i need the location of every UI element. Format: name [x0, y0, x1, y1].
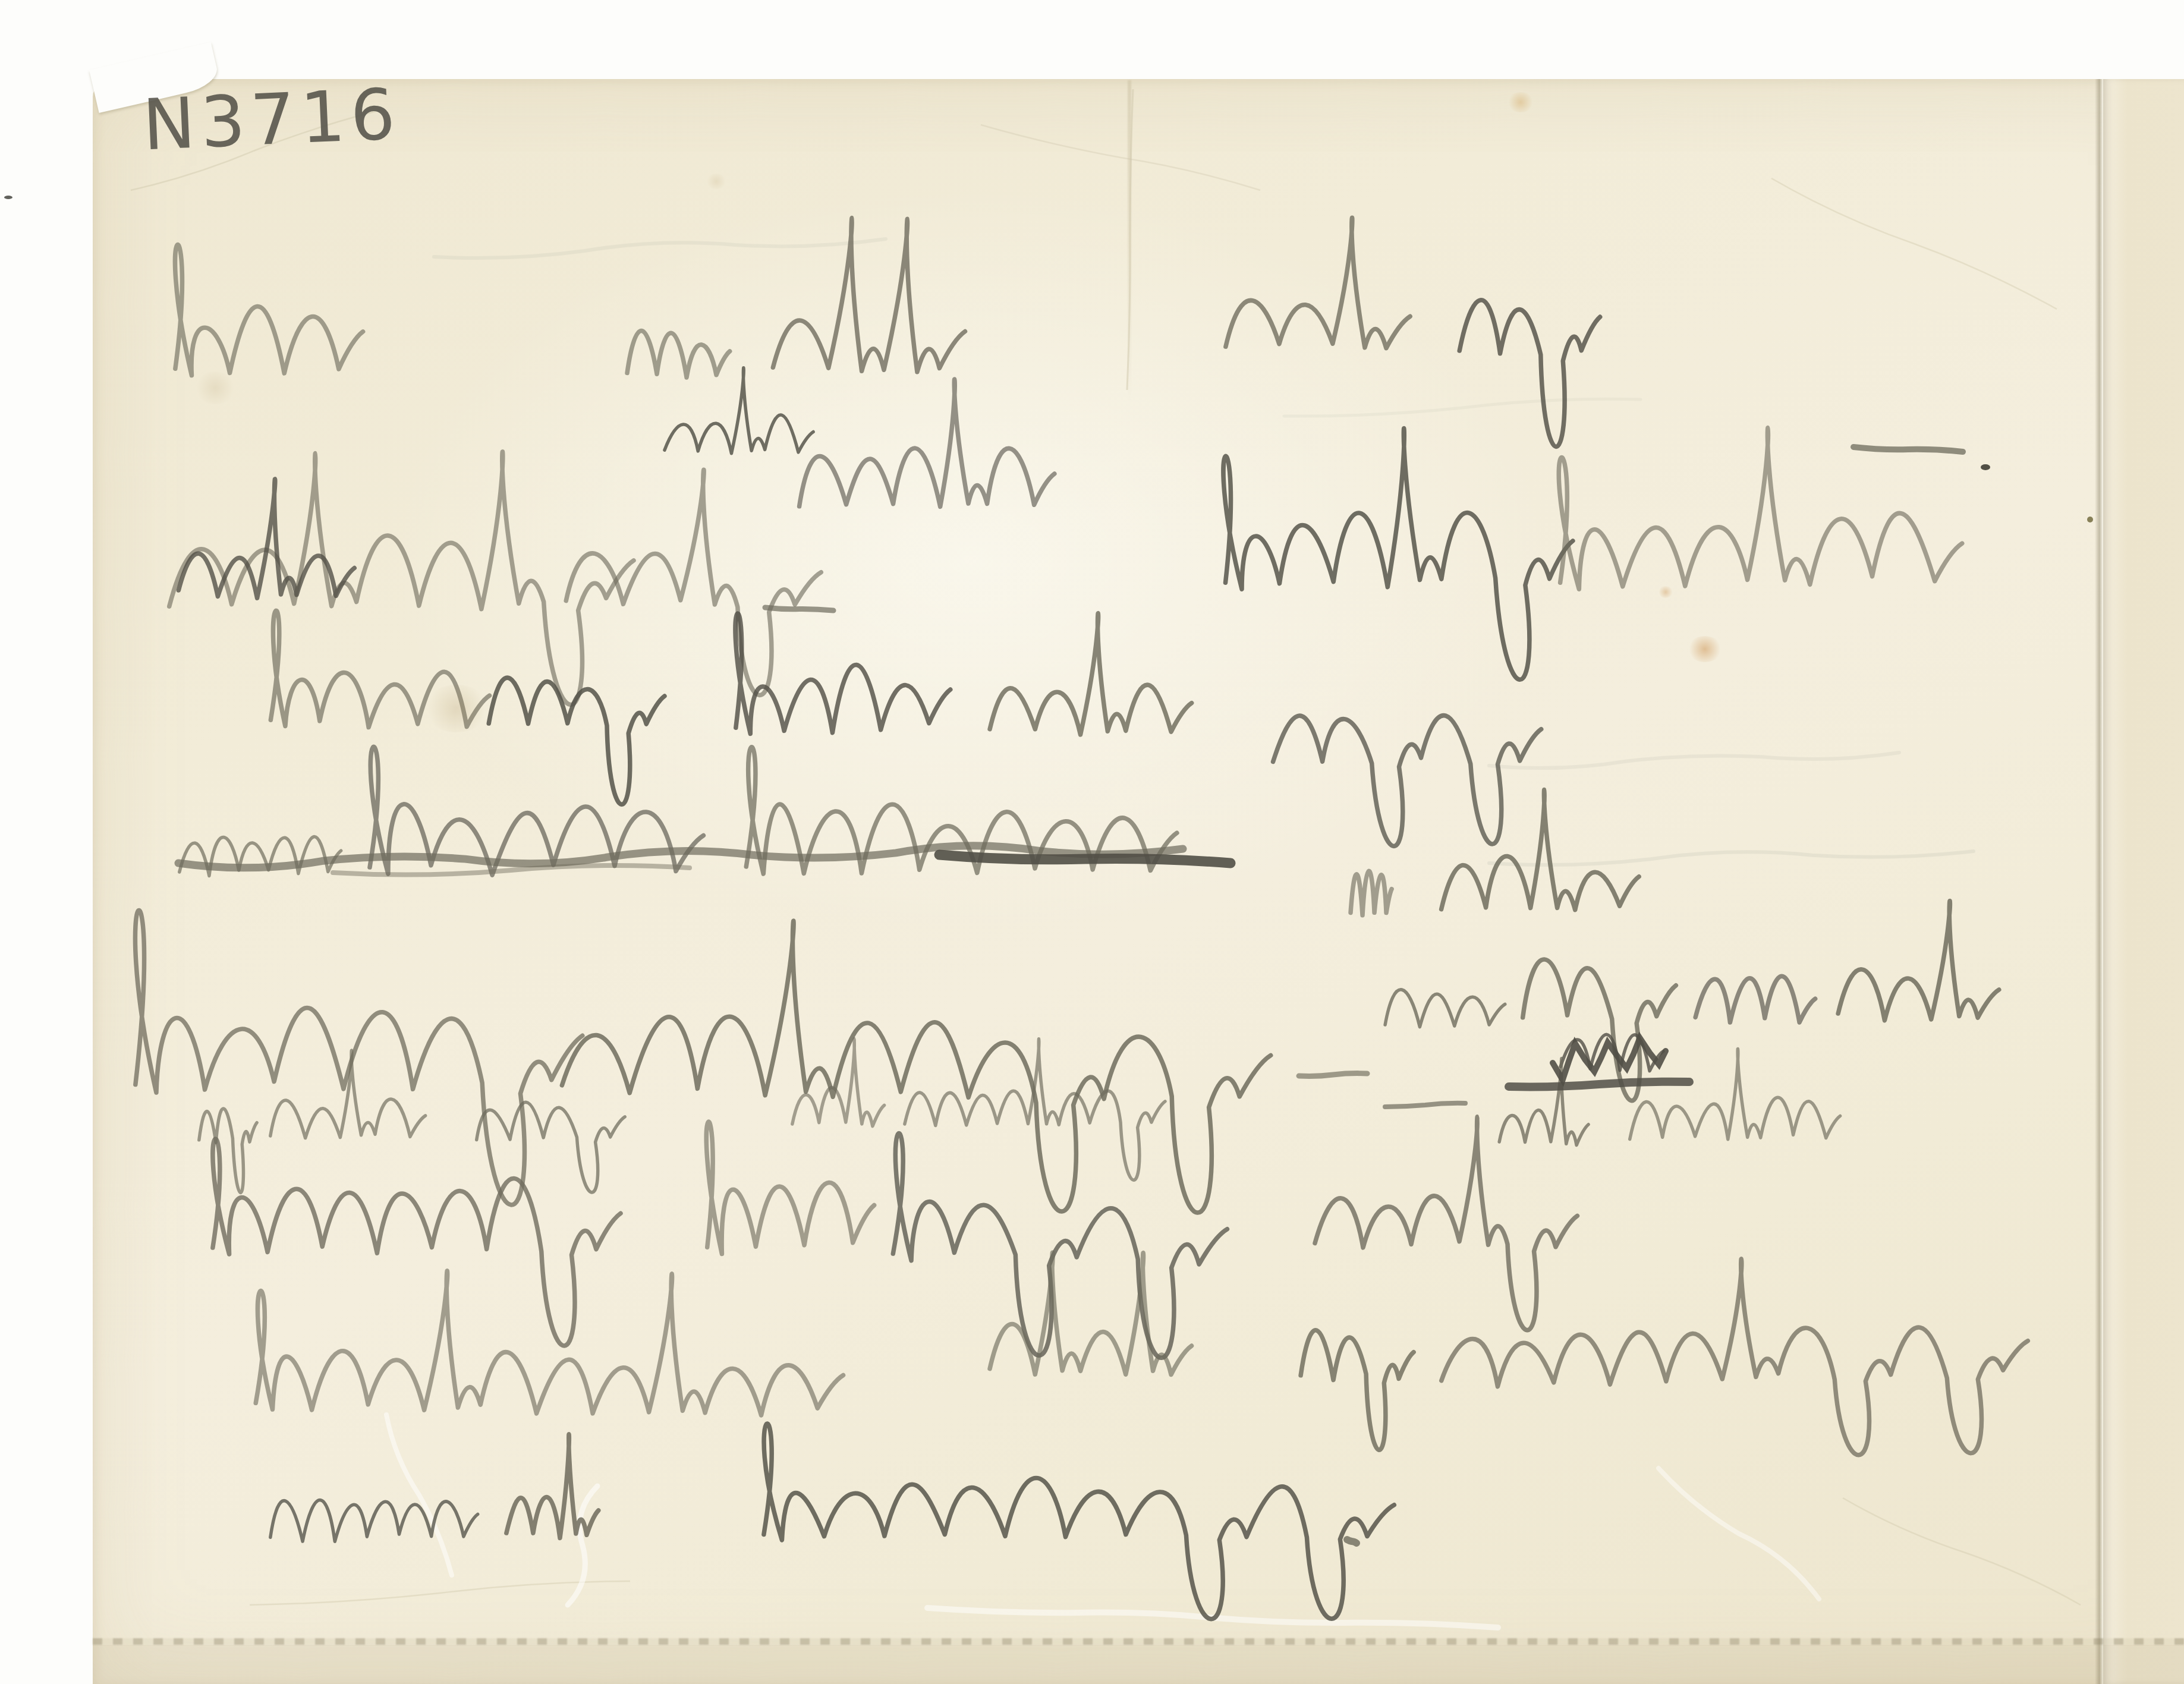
handwritten-word: i: [1351, 871, 1392, 915]
pressure-ghost-mark: [386, 1415, 452, 1575]
handwritten-word: de: [1838, 900, 2000, 1022]
handwritten-word: hans: [1439, 788, 1640, 914]
strike-through-line: [1853, 447, 1963, 452]
handwriting-layer: UmenFullekanjeganklageindehansBetjendRos…: [0, 0, 2184, 1684]
ghost-writing-impression: [1489, 851, 1974, 865]
handwritten-word: ieg: [487, 678, 665, 805]
paper-wrinkle: [1771, 178, 2057, 309]
handwritten-word: Um: [174, 243, 363, 375]
strike-through-line: [1509, 1082, 1689, 1087]
handwritten-word: Ønsker: [212, 1137, 622, 1348]
handwritten-word: Roskilskrig: [560, 917, 1273, 1215]
handwritten-word: Fuldelaus: [256, 1268, 845, 1418]
handwritten-word: ul: [1499, 1057, 1589, 1145]
dark-speck: [2087, 517, 2093, 522]
handwritten-word: Betjend: [1222, 424, 1576, 687]
handwritten-word: gjort: [1272, 710, 1544, 849]
handwritten-word: il: [505, 1434, 599, 1538]
dark-speck: [4, 196, 12, 199]
handwritten-word: hans: [796, 377, 1055, 511]
handwritten-word: vig: [476, 1100, 627, 1195]
handwritten-word: jeg: [1458, 300, 1600, 447]
paper-wrinkle: [981, 125, 1260, 190]
archive-number-label: N3716: [141, 79, 402, 160]
strike-through-line: [1347, 1540, 1357, 1543]
handwritten-word: g: [199, 1108, 258, 1193]
handwritten-word: anklage: [167, 449, 635, 710]
ghost-writing-impression: [1284, 399, 1641, 416]
handwritten-word: van: [270, 1498, 478, 1543]
paper-wrinkle: [1127, 89, 1133, 390]
handwritten-word: Timah.: [763, 1420, 1395, 1622]
strike-through-line: [939, 855, 1231, 863]
handwritten-word: inde: [664, 367, 813, 454]
handwritten-word: olig: [1315, 1117, 1578, 1330]
handwritten-word: Betjend: [134, 907, 584, 1207]
handwritten-word: her: [178, 477, 357, 600]
ghost-writing-impression: [1489, 753, 1899, 768]
dark-speck: [1981, 464, 1990, 470]
handwritten-word: ve: [1695, 975, 1815, 1023]
handwritten-word: redenlyve: [1439, 1254, 2029, 1462]
scanned-document: UmenFullekanjeganklageindehansBetjendRos…: [0, 0, 2184, 1684]
handwritten-word: har: [269, 1049, 426, 1140]
ghost-writing-impression: [434, 239, 886, 258]
strike-through-line: [1299, 1074, 1367, 1076]
pressure-ghost-mark: [1659, 1468, 1819, 1599]
handwritten-word: kan: [1225, 218, 1411, 349]
handwritten-word: en: [627, 330, 730, 377]
strike-through-line: [765, 608, 833, 610]
handwritten-word: defor: [565, 468, 822, 696]
handwritten-word: Ver: [735, 612, 951, 734]
handwritten-word: nu: [1385, 990, 1505, 1028]
handwritten-word: det: [990, 613, 1192, 735]
strike-through-line: [1385, 1103, 1465, 1107]
paper-wrinkle: [1843, 1498, 2081, 1605]
handwritten-word: Den: [270, 610, 491, 731]
handwritten-word: At: [706, 1120, 875, 1254]
handwritten-word: jeg: [1300, 1330, 1414, 1450]
